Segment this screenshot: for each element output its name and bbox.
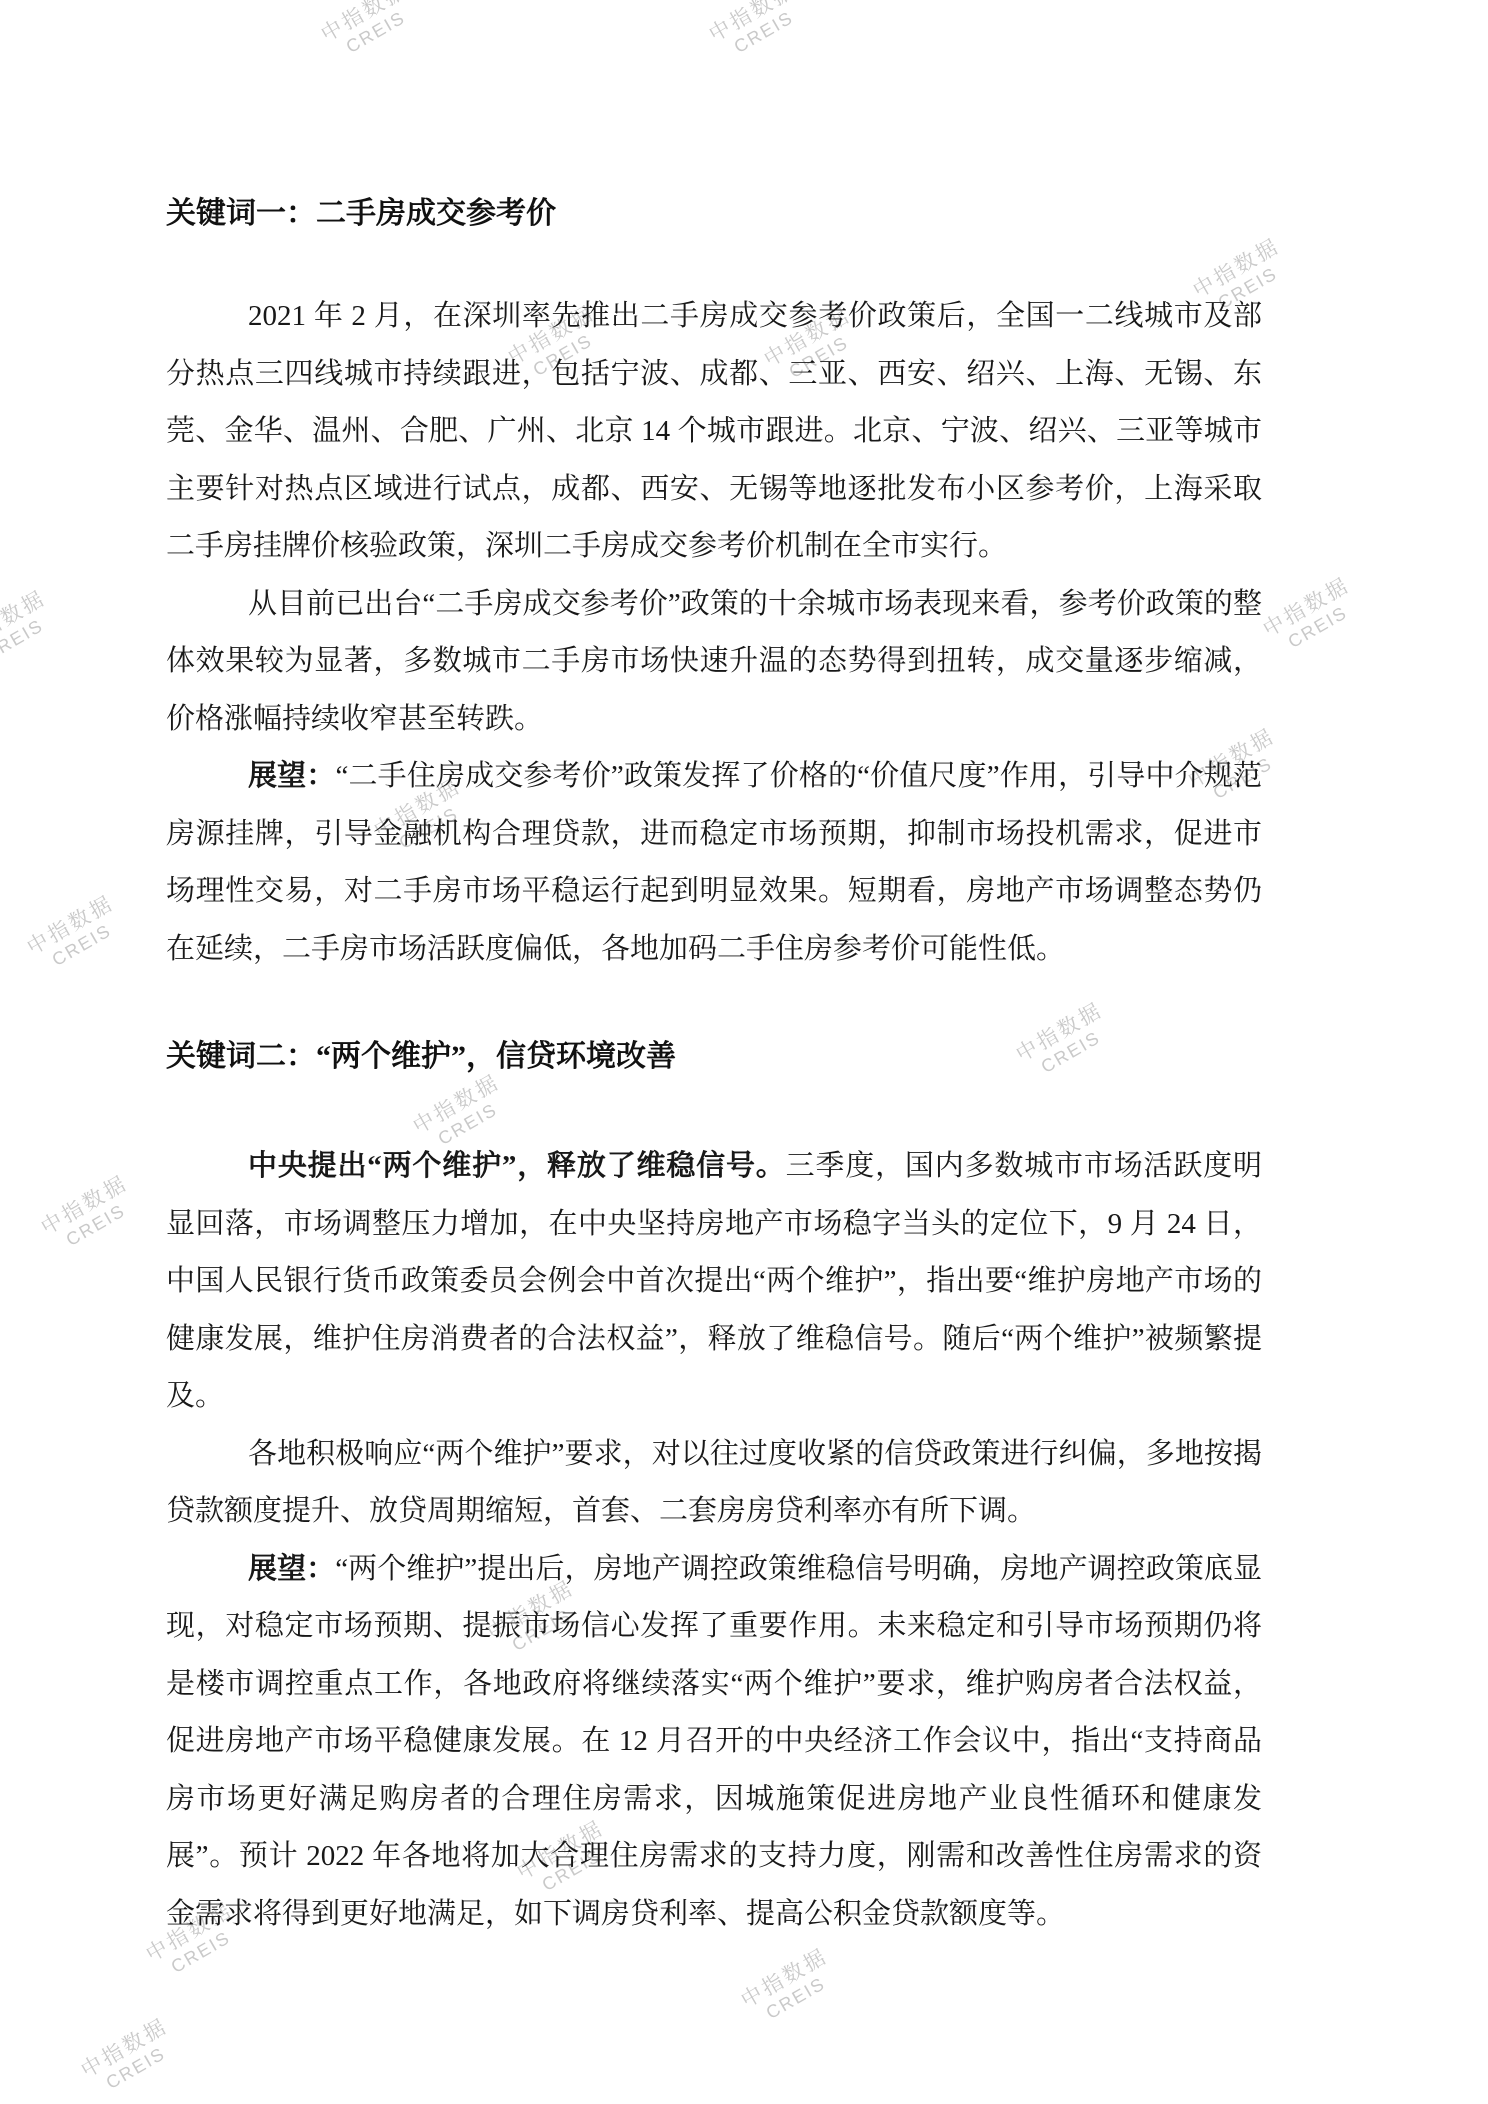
paragraph: 2021 年 2 月，在深圳率先推出二手房成交参考价政策后，全国一二线城市及部分…: [166, 288, 1262, 576]
watermark-en-text: CREIS: [1271, 594, 1364, 660]
paragraph: 从目前已出台“二手房成交参考价”政策的十余城市场表现来看，参考价政策的整体效果较…: [166, 576, 1262, 749]
section-keyword-2: 关键词二：“两个维护”，信贷环境改善 中央提出“两个维护”，释放了维稳信号。三季…: [166, 1035, 1262, 1943]
watermark-en-text: CREIS: [89, 2035, 182, 2101]
section-1-heading: 关键词一：二手房成交参考价: [166, 192, 1262, 236]
watermark-en-text: CREIS: [35, 912, 128, 978]
watermark: 中指数据CREIS: [737, 1945, 843, 2032]
document-page: 关键词一：二手房成交参考价 2021 年 2 月，在深圳率先推出二手房成交参考价…: [166, 0, 1262, 1943]
watermark-cn-text: 中指数据: [1259, 574, 1354, 643]
bold-run: 中央提出“两个维护”，释放了维稳信号。: [248, 1150, 786, 1182]
watermark-cn-text: 中指数据: [737, 1945, 832, 2014]
watermark: 中指数据CREIS: [0, 587, 61, 674]
watermark-en-text: CREIS: [49, 1192, 142, 1258]
watermark-cn-text: 中指数据: [37, 1172, 132, 1241]
watermark-cn-text: 中指数据: [0, 587, 50, 656]
bold-run: 展望：: [248, 760, 335, 792]
watermark-en-text: CREIS: [749, 1965, 842, 2031]
text-run: “两个维护”提出后，房地产调控政策维稳信号明确，房地产调控政策底显现，对稳定市场…: [166, 1553, 1262, 1930]
watermark: 中指数据CREIS: [77, 2015, 183, 2102]
bold-run: 展望：: [248, 1553, 335, 1585]
paragraph: 展望：“两个维护”提出后，房地产调控政策维稳信号明确，房地产调控政策底显现，对稳…: [166, 1541, 1262, 1944]
section-2-heading: 关键词二：“两个维护”，信贷环境改善: [166, 1035, 1262, 1079]
watermark: 中指数据CREIS: [1259, 574, 1365, 661]
text-run: 从目前已出台“二手房成交参考价”政策的十余城市场表现来看，参考价政策的整体效果较…: [166, 588, 1262, 735]
paragraph: 展望：“二手住房成交参考价”政策发挥了价格的“价值尺度”作用，引导中介规范房源挂…: [166, 748, 1262, 978]
paragraph: 各地积极响应“两个维护”要求，对以往过度收紧的信贷政策进行纠偏，多地按揭贷款额度…: [166, 1426, 1262, 1541]
watermark-cn-text: 中指数据: [77, 2015, 172, 2084]
watermark: 中指数据CREIS: [37, 1172, 143, 1259]
paragraph: 中央提出“两个维护”，释放了维稳信号。三季度，国内多数城市市场活跃度明显回落，市…: [166, 1138, 1262, 1426]
watermark: 中指数据CREIS: [23, 892, 129, 979]
text-run: 三季度，国内多数城市市场活跃度明显回落，市场调整压力增加，在中央坚持房地产市场稳…: [166, 1150, 1262, 1412]
watermark-en-text: CREIS: [0, 607, 61, 673]
section-keyword-1: 关键词一：二手房成交参考价 2021 年 2 月，在深圳率先推出二手房成交参考价…: [166, 192, 1262, 978]
text-run: 2021 年 2 月，在深圳率先推出二手房成交参考价政策后，全国一二线城市及部分…: [166, 300, 1262, 562]
text-run: 各地积极响应“两个维护”要求，对以往过度收紧的信贷政策进行纠偏，多地按揭贷款额度…: [166, 1438, 1262, 1528]
watermark-cn-text: 中指数据: [23, 892, 118, 961]
